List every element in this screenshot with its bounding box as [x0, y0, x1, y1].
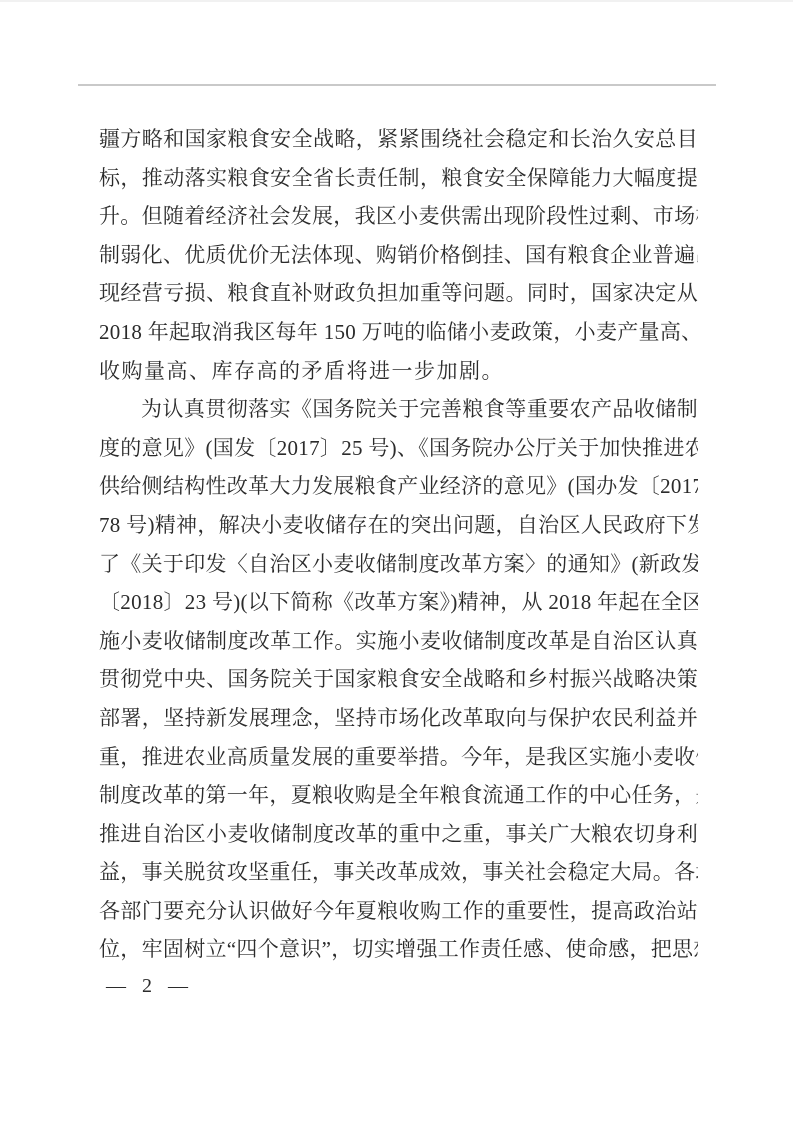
text-line: 贯彻党中央、国务院关于国家粮食安全战略和乡村振兴战略决策 — [99, 660, 698, 699]
text-line: 升。但随着经济社会发展，我区小麦供需出现阶段性过剩、市场机 — [99, 197, 698, 236]
text-line: 为认真贯彻落实《国务院关于完善粮食等重要农产品收储制 — [99, 390, 698, 429]
text-line: 度的意见》(国发〔2017〕25 号)、《国务院办公厅关于加快推进农业 — [99, 429, 698, 468]
text-line: 重，推进农业高质量发展的重要举措。今年，是我区实施小麦收储 — [99, 738, 698, 777]
text-line: 制弱化、优质优价无法体现、购销价格倒挂、国有粮食企业普遍出 — [99, 236, 698, 275]
text-line: 78 号)精神，解决小麦收储存在的突出问题，自治区人民政府下发 — [99, 506, 698, 545]
text-line: 各部门要充分认识做好今年夏粮收购工作的重要性，提高政治站 — [99, 892, 698, 931]
text-line: 标，推动落实粮食安全省长责任制，粮食安全保障能力大幅度提 — [99, 159, 698, 198]
header-rule — [78, 84, 716, 86]
document-body: 疆方略和国家粮食安全战略，紧紧围绕社会稳定和长治久安总目 标，推动落实粮食安全省… — [99, 120, 698, 969]
text-line: 收购量高、库存高的矛盾将进一步加剧。 — [99, 352, 698, 391]
scan-edge-shadow — [0, 0, 793, 2]
text-line: 现经营亏损、粮食直补财政负担加重等问题。同时，国家决定从 — [99, 274, 698, 313]
text-line: 〔2018〕23 号)(以下简称《改革方案》)精神，从 2018 年起在全区实 — [99, 583, 698, 622]
text-line: 2018 年起取消我区每年 150 万吨的临储小麦政策，小麦产量高、 — [99, 313, 698, 352]
text-line: 施小麦收储制度改革工作。实施小麦收储制度改革是自治区认真 — [99, 622, 698, 661]
text-line: 疆方略和国家粮食安全战略，紧紧围绕社会稳定和长治久安总目 — [99, 120, 698, 159]
text-line: 部署，坚持新发展理念，坚持市场化改革取向与保护农民利益并 — [99, 699, 698, 738]
text-line: 了《关于印发〈自治区小麦收储制度改革方案〉的通知》(新政发 — [99, 545, 698, 584]
text-line: 供给侧结构性改革大力发展粮食产业经济的意见》(国办发〔2017〕 — [99, 467, 698, 506]
text-line: 益，事关脱贫攻坚重任，事关改革成效，事关社会稳定大局。各地 — [99, 853, 698, 892]
text-line: 位，牢固树立“四个意识”，切实增强工作责任感、使命感，把思想和 — [99, 930, 698, 969]
page-number: — 2 — — [106, 973, 189, 999]
document-page: 疆方略和国家粮食安全战略，紧紧围绕社会稳定和长治久安总目 标，推动落实粮食安全省… — [0, 0, 793, 1122]
text-line: 制度改革的第一年，夏粮收购是全年粮食流通工作的中心任务，是 — [99, 776, 698, 815]
text-line: 推进自治区小麦收储制度改革的重中之重，事关广大粮农切身利 — [99, 815, 698, 854]
